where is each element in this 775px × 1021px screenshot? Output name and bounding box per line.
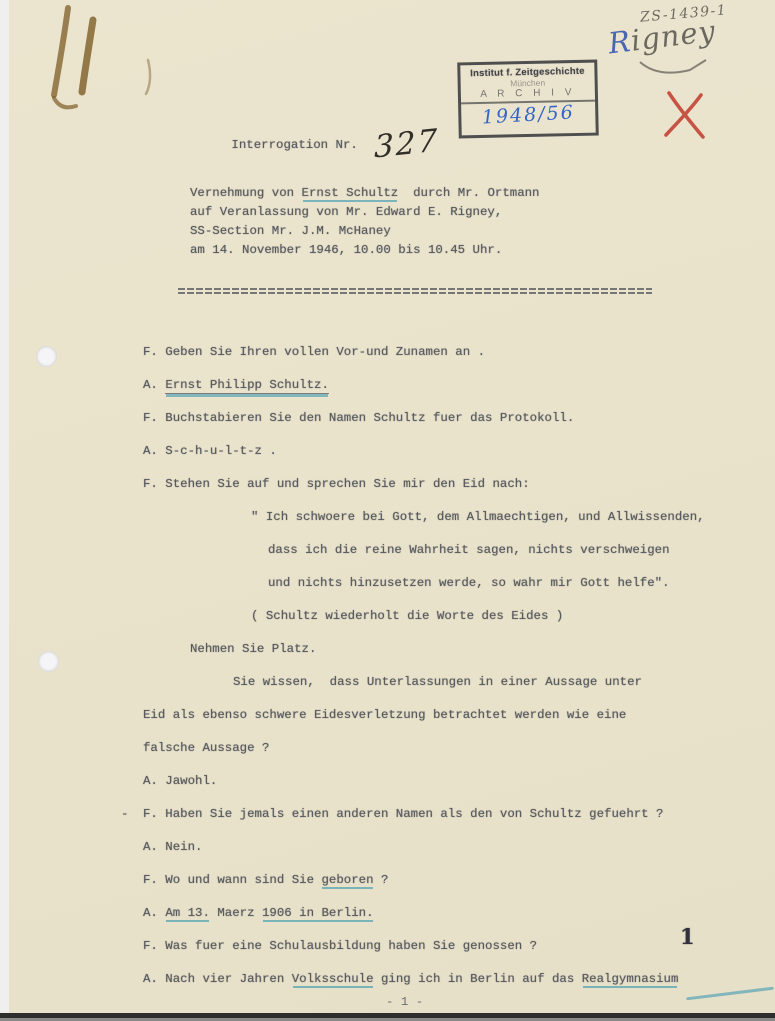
transcript-line: F. Stehen Sie auf und sprechen Sie mir d… [143, 468, 775, 501]
header-line: Vernehmung von Ernst Schultz durch Mr. O… [190, 184, 540, 203]
page-footer: - 1 - [386, 995, 423, 1009]
transcript-line: -F. Haben Sie jemals einen anderen Namen… [143, 798, 775, 831]
transcript-line: dass ich die reine Wahrheit sagen, nicht… [268, 534, 775, 567]
transcript-line: Sie wissen, dass Unterlassungen in einer… [233, 666, 775, 699]
text-segment: auf Veranlassung von Mr. Edward E. Rigne… [190, 205, 502, 219]
scan-edge-left [0, 0, 9, 1021]
paperclip-stain [30, 0, 180, 120]
text-segment: F. Geben Sie Ihren vollen Vor-und Zuname… [143, 345, 485, 359]
underlined-text: 1906 in Berlin. [262, 906, 374, 920]
transcript-line: falsche Aussage ? [143, 732, 775, 765]
text-segment: Maerz [210, 906, 262, 920]
text-segment: F. Wo und wann sind Sie [143, 873, 321, 887]
underlined-text: Am 13. [165, 906, 210, 920]
text-segment: SS-Section Mr. J.M. McHaney [190, 224, 391, 238]
text-segment: am 14. November 1946, 10.00 bis 10.45 Uh… [190, 243, 502, 257]
underlined-text: Ernst Schultz [302, 186, 399, 200]
text-segment: durch Mr. Ortmann [398, 186, 539, 200]
transcript-line: A. S-c-h-u-l-t-z . [143, 435, 775, 468]
transcript-line: ( Schultz wiederholt die Worte des Eides… [251, 600, 775, 633]
transcript-body: F. Geben Sie Ihren vollen Vor-und Zuname… [0, 336, 775, 996]
stamp-archive-number: 1948/56 [461, 100, 596, 129]
interrogation-label: Interrogation Nr. [231, 138, 357, 152]
transcript-line: Nehmen Sie Platz. [190, 633, 775, 666]
text-segment: dass ich die reine Wahrheit sagen, nicht… [268, 543, 670, 557]
transcript-line: F. Geben Sie Ihren vollen Vor-und Zuname… [143, 336, 775, 369]
text-segment: A. [143, 906, 165, 920]
transcript-line: A. Nein. [143, 831, 775, 864]
transcript-line: A. Nach vier Jahren Volksschule ging ich… [143, 963, 775, 996]
header-line: am 14. November 1946, 10.00 bis 10.45 Uh… [190, 241, 540, 260]
page-number-stamp: 1 [680, 924, 695, 949]
text-segment: A. [143, 378, 165, 392]
text-segment: F. Buchstabieren Sie den Namen Schultz f… [143, 411, 574, 425]
text-segment: F. Was fuer eine Schulausbildung haben S… [143, 939, 537, 953]
text-segment: A. S-c-h-u-l-t-z . [143, 444, 277, 458]
transcript-line: F. Buchstabieren Sie den Namen Schultz f… [143, 402, 775, 435]
underlined-text: geboren [321, 873, 373, 887]
text-segment: A. Nein. [143, 840, 203, 854]
archive-stamp: Institut f. Zeitgeschichte München A R C… [457, 60, 599, 139]
text-segment: A. Nach vier Jahren [143, 972, 292, 986]
transcript-line: A. Ernst Philipp Schultz. [143, 369, 775, 402]
header-line: auf Veranlassung von Mr. Edward E. Rigne… [190, 203, 540, 222]
transcript-line: A. Jawohl. [143, 765, 775, 798]
text-segment: Eid als ebenso schwere Eidesverletzung b… [143, 708, 626, 722]
text-segment: falsche Aussage ? [143, 741, 269, 755]
margin-dash: - [121, 798, 128, 831]
underlined-text: Ernst Philipp Schultz. [165, 378, 329, 394]
text-segment: ( Schultz wiederholt die Worte des Eides… [251, 609, 563, 623]
document-page: Interrogation Nr.327 Institut f. Zeitges… [0, 0, 775, 1021]
red-cross-mark [662, 88, 708, 142]
transcript-line: und nichts hinzusetzen werde, so wahr mi… [268, 567, 775, 600]
text-segment: A. Jawohl. [143, 774, 217, 788]
text-segment: ? [374, 873, 389, 887]
text-segment: ging ich in Berlin auf das [374, 972, 582, 986]
text-segment: " Ich schwoere bei Gott, dem Allmaechtig… [251, 510, 705, 524]
transcript-line: Eid als ebenso schwere Eidesverletzung b… [143, 699, 775, 732]
interrogation-header: Vernehmung von Ernst Schultz durch Mr. O… [190, 184, 540, 260]
document-title: Interrogation Nr.327 [193, 108, 439, 180]
interrogation-number-handwritten: 327 [374, 122, 439, 165]
underlined-text: Realgymnasium [582, 972, 679, 986]
text-segment: F. Stehen Sie auf und sprechen Sie mir d… [143, 477, 530, 491]
header-line: SS-Section Mr. J.M. McHaney [190, 222, 540, 241]
transcript-line: F. Wo und wann sind Sie geboren ? [143, 864, 775, 897]
text-segment: Sie wissen, dass Unterlassungen in einer… [233, 675, 642, 689]
pencil-name-rigney: Rigney [606, 14, 717, 61]
transcript-line: " Ich schwoere bei Gott, dem Allmaechtig… [251, 501, 775, 534]
text-segment: Nehmen Sie Platz. [190, 642, 316, 656]
pencil-underline-flourish [636, 56, 714, 82]
text-segment: und nichts hinzusetzen werde, so wahr mi… [268, 576, 670, 590]
text-segment: F. Haben Sie jemals einen anderen Namen … [143, 807, 664, 821]
text-segment: Vernehmung von [190, 186, 302, 200]
underlined-text: Volksschule [292, 972, 374, 986]
divider-rule [178, 288, 652, 294]
